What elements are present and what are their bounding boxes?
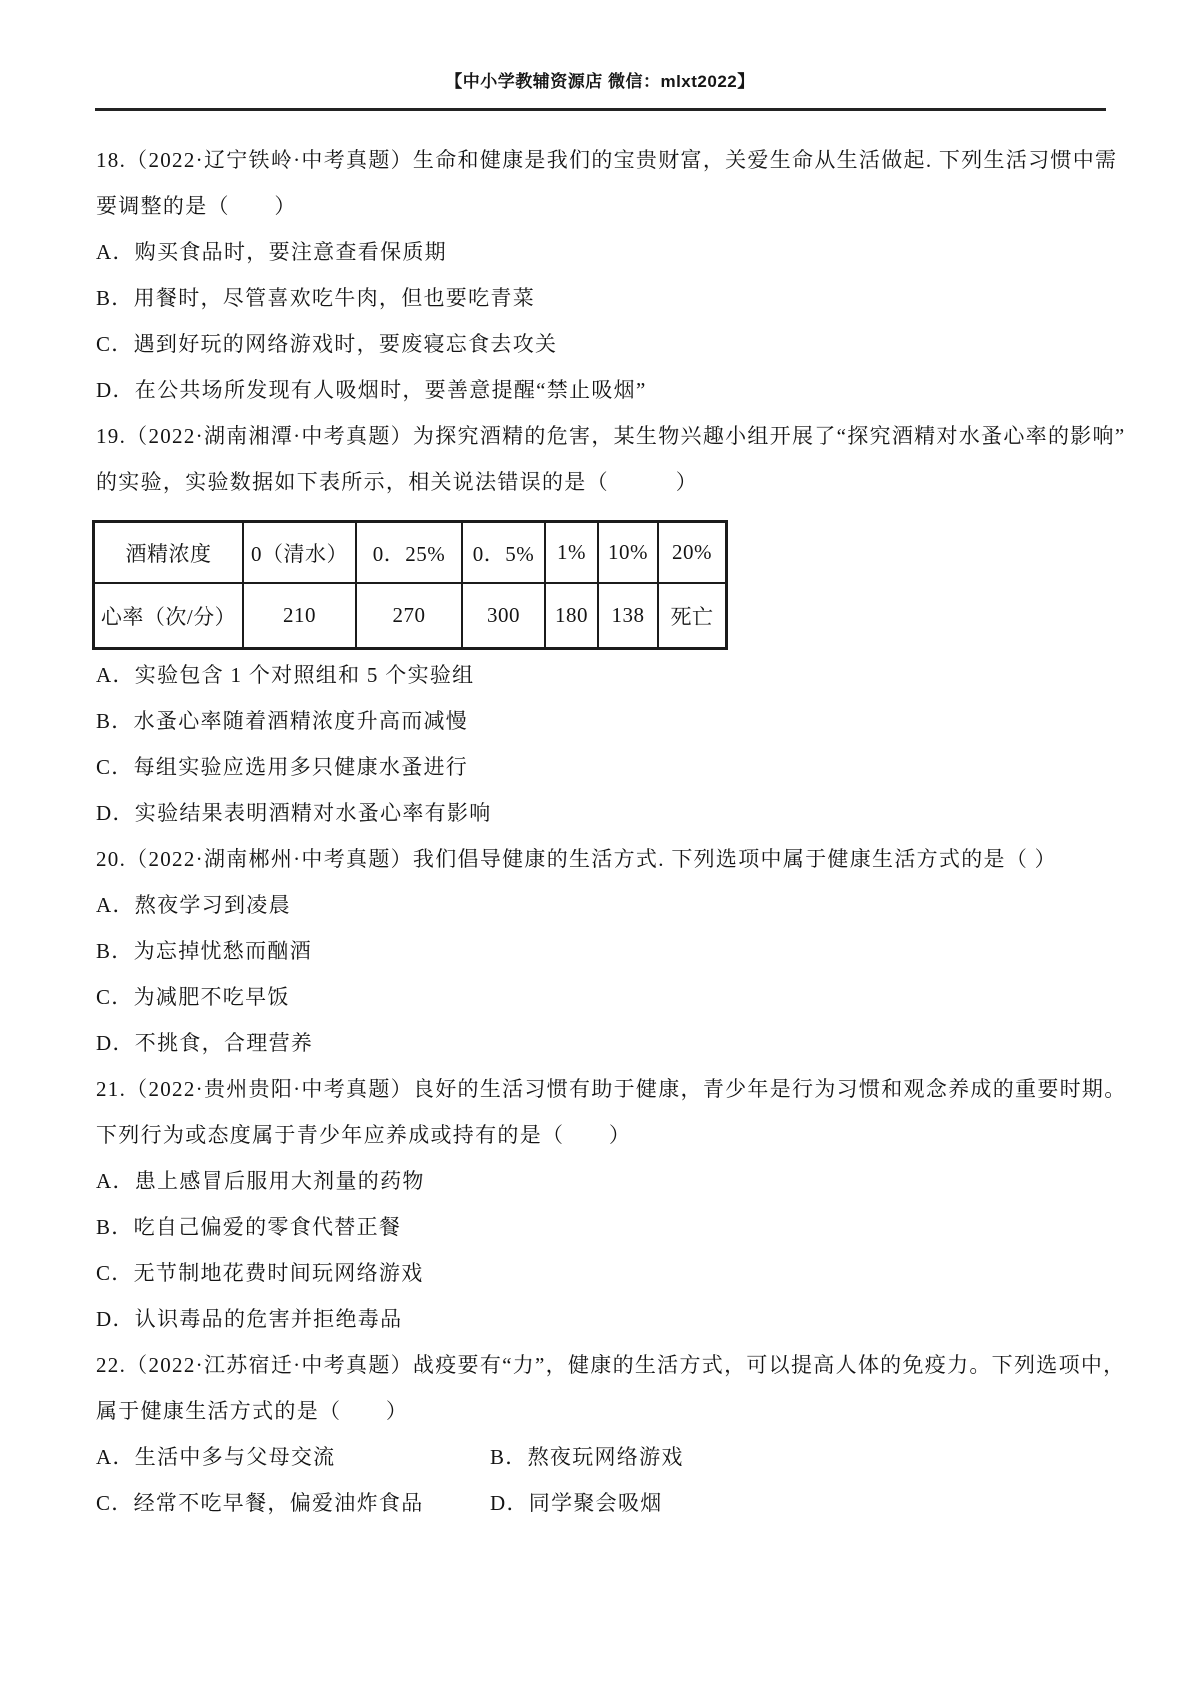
table-cell: 10%: [598, 522, 658, 584]
table-cell: 0．5%: [462, 522, 545, 584]
question-19-stem-line-1: 19.（2022·湖南湘潭·中考真题）为探究酒精的危害，某生物兴趣小组开展了“探…: [96, 413, 1108, 459]
question-22-stem-line-1: 22.（2022·江苏宿迁·中考真题）战疫要有“力”，健康的生活方式，可以提高人…: [96, 1342, 1108, 1388]
question-19-option-a: A．实验包含 1 个对照组和 5 个实验组: [96, 652, 1108, 698]
table-row-heart-rate: 心率（次/分） 210 270 300 180 138 死亡: [94, 583, 727, 649]
alcohol-heart-rate-table: 酒精浓度 0（清水） 0．25% 0．5% 1% 10% 20% 心率（次/分）…: [92, 520, 728, 650]
table-cell: 180: [545, 583, 598, 649]
exam-document-page: 【中小学教辅资源店 微信：mlxt2022】 18.（2022·辽宁铁岭·中考真…: [0, 0, 1200, 1698]
question-20-option-d: D．不挑食，合理营养: [96, 1020, 1108, 1066]
question-22-option-b: B．熬夜玩网络游戏: [490, 1434, 1108, 1480]
table-cell: 210: [243, 583, 356, 649]
question-21: 21.（2022·贵州贵阳·中考真题）良好的生活习惯有助于健康，青少年是行为习惯…: [96, 1066, 1108, 1342]
question-22-option-c: C．经常不吃早餐，偏爱油炸食品: [96, 1480, 490, 1526]
question-21-option-a: A．患上感冒后服用大剂量的药物: [96, 1158, 1108, 1204]
question-21-option-b: B．吃自己偏爱的零食代替正餐: [96, 1204, 1108, 1250]
table-cell: 20%: [658, 522, 727, 584]
question-19-option-c: C．每组实验应选用多只健康水蚤进行: [96, 744, 1108, 790]
question-22: 22.（2022·江苏宿迁·中考真题）战疫要有“力”，健康的生活方式，可以提高人…: [96, 1342, 1108, 1526]
table-cell: 酒精浓度: [94, 522, 244, 584]
table-cell: 死亡: [658, 583, 727, 649]
question-18-option-d: D．在公共场所发现有人吸烟时，要善意提醒“禁止吸烟”: [96, 367, 1108, 413]
questions-area: 18.（2022·辽宁铁岭·中考真题）生命和健康是我们的宝贵财富，关爱生命从生活…: [96, 137, 1108, 1526]
table-cell: 0．25%: [356, 522, 462, 584]
table-cell: 1%: [545, 522, 598, 584]
question-22-options-row-2: C．经常不吃早餐，偏爱油炸食品 D．同学聚会吸烟: [96, 1480, 1108, 1526]
question-22-option-a: A．生活中多与父母交流: [96, 1434, 490, 1480]
table-row-alcohol-concentration: 酒精浓度 0（清水） 0．25% 0．5% 1% 10% 20%: [94, 522, 727, 584]
header-divider: [95, 108, 1106, 111]
table-cell: 138: [598, 583, 658, 649]
question-19-stem-line-2: 的实验，实验数据如下表所示，相关说法错误的是（ ）: [96, 459, 1108, 505]
question-20-option-c: C．为减肥不吃早饭: [96, 974, 1108, 1020]
question-22-stem-line-2: 属于健康生活方式的是（ ）: [96, 1388, 1108, 1434]
question-18-option-b: B．用餐时，尽管喜欢吃牛肉，但也要吃青菜: [96, 275, 1108, 321]
question-19: 19.（2022·湖南湘潭·中考真题）为探究酒精的危害，某生物兴趣小组开展了“探…: [96, 413, 1108, 836]
question-21-stem-line-1: 21.（2022·贵州贵阳·中考真题）良好的生活习惯有助于健康，青少年是行为习惯…: [96, 1066, 1108, 1112]
question-20-option-a: A．熬夜学习到凌晨: [96, 882, 1108, 928]
table-cell: 300: [462, 583, 545, 649]
question-20: 20.（2022·湖南郴州·中考真题）我们倡导健康的生活方式. 下列选项中属于健…: [96, 836, 1108, 1066]
table-cell: 0（清水）: [243, 522, 356, 584]
question-18-option-a: A．购买食品时，要注意查看保质期: [96, 229, 1108, 275]
question-18: 18.（2022·辽宁铁岭·中考真题）生命和健康是我们的宝贵财富，关爱生命从生活…: [96, 137, 1108, 413]
header-shop-label: 【中小学教辅资源店 微信：mlxt2022】: [0, 62, 1200, 102]
question-20-option-b: B．为忘掉忧愁而酗酒: [96, 928, 1108, 974]
question-22-option-d: D．同学聚会吸烟: [490, 1480, 1108, 1526]
question-19-option-d: D．实验结果表明酒精对水蚤心率有影响: [96, 790, 1108, 836]
question-19-option-b: B．水蚤心率随着酒精浓度升高而减慢: [96, 698, 1108, 744]
table-cell: 心率（次/分）: [94, 583, 244, 649]
table-cell: 270: [356, 583, 462, 649]
question-22-options-row-1: A．生活中多与父母交流 B．熬夜玩网络游戏: [96, 1434, 1108, 1480]
question-21-stem-line-2: 下列行为或态度属于青少年应养成或持有的是（ ）: [96, 1112, 1108, 1158]
question-18-stem-line-1: 18.（2022·辽宁铁岭·中考真题）生命和健康是我们的宝贵财富，关爱生命从生活…: [96, 137, 1108, 183]
question-21-option-d: D．认识毒品的危害并拒绝毒品: [96, 1296, 1108, 1342]
question-18-option-c: C．遇到好玩的网络游戏时，要废寝忘食去攻关: [96, 321, 1108, 367]
question-21-option-c: C．无节制地花费时间玩网络游戏: [96, 1250, 1108, 1296]
question-20-stem-line-1: 20.（2022·湖南郴州·中考真题）我们倡导健康的生活方式. 下列选项中属于健…: [96, 836, 1108, 882]
question-18-stem-line-2: 要调整的是（ ）: [96, 183, 1108, 229]
